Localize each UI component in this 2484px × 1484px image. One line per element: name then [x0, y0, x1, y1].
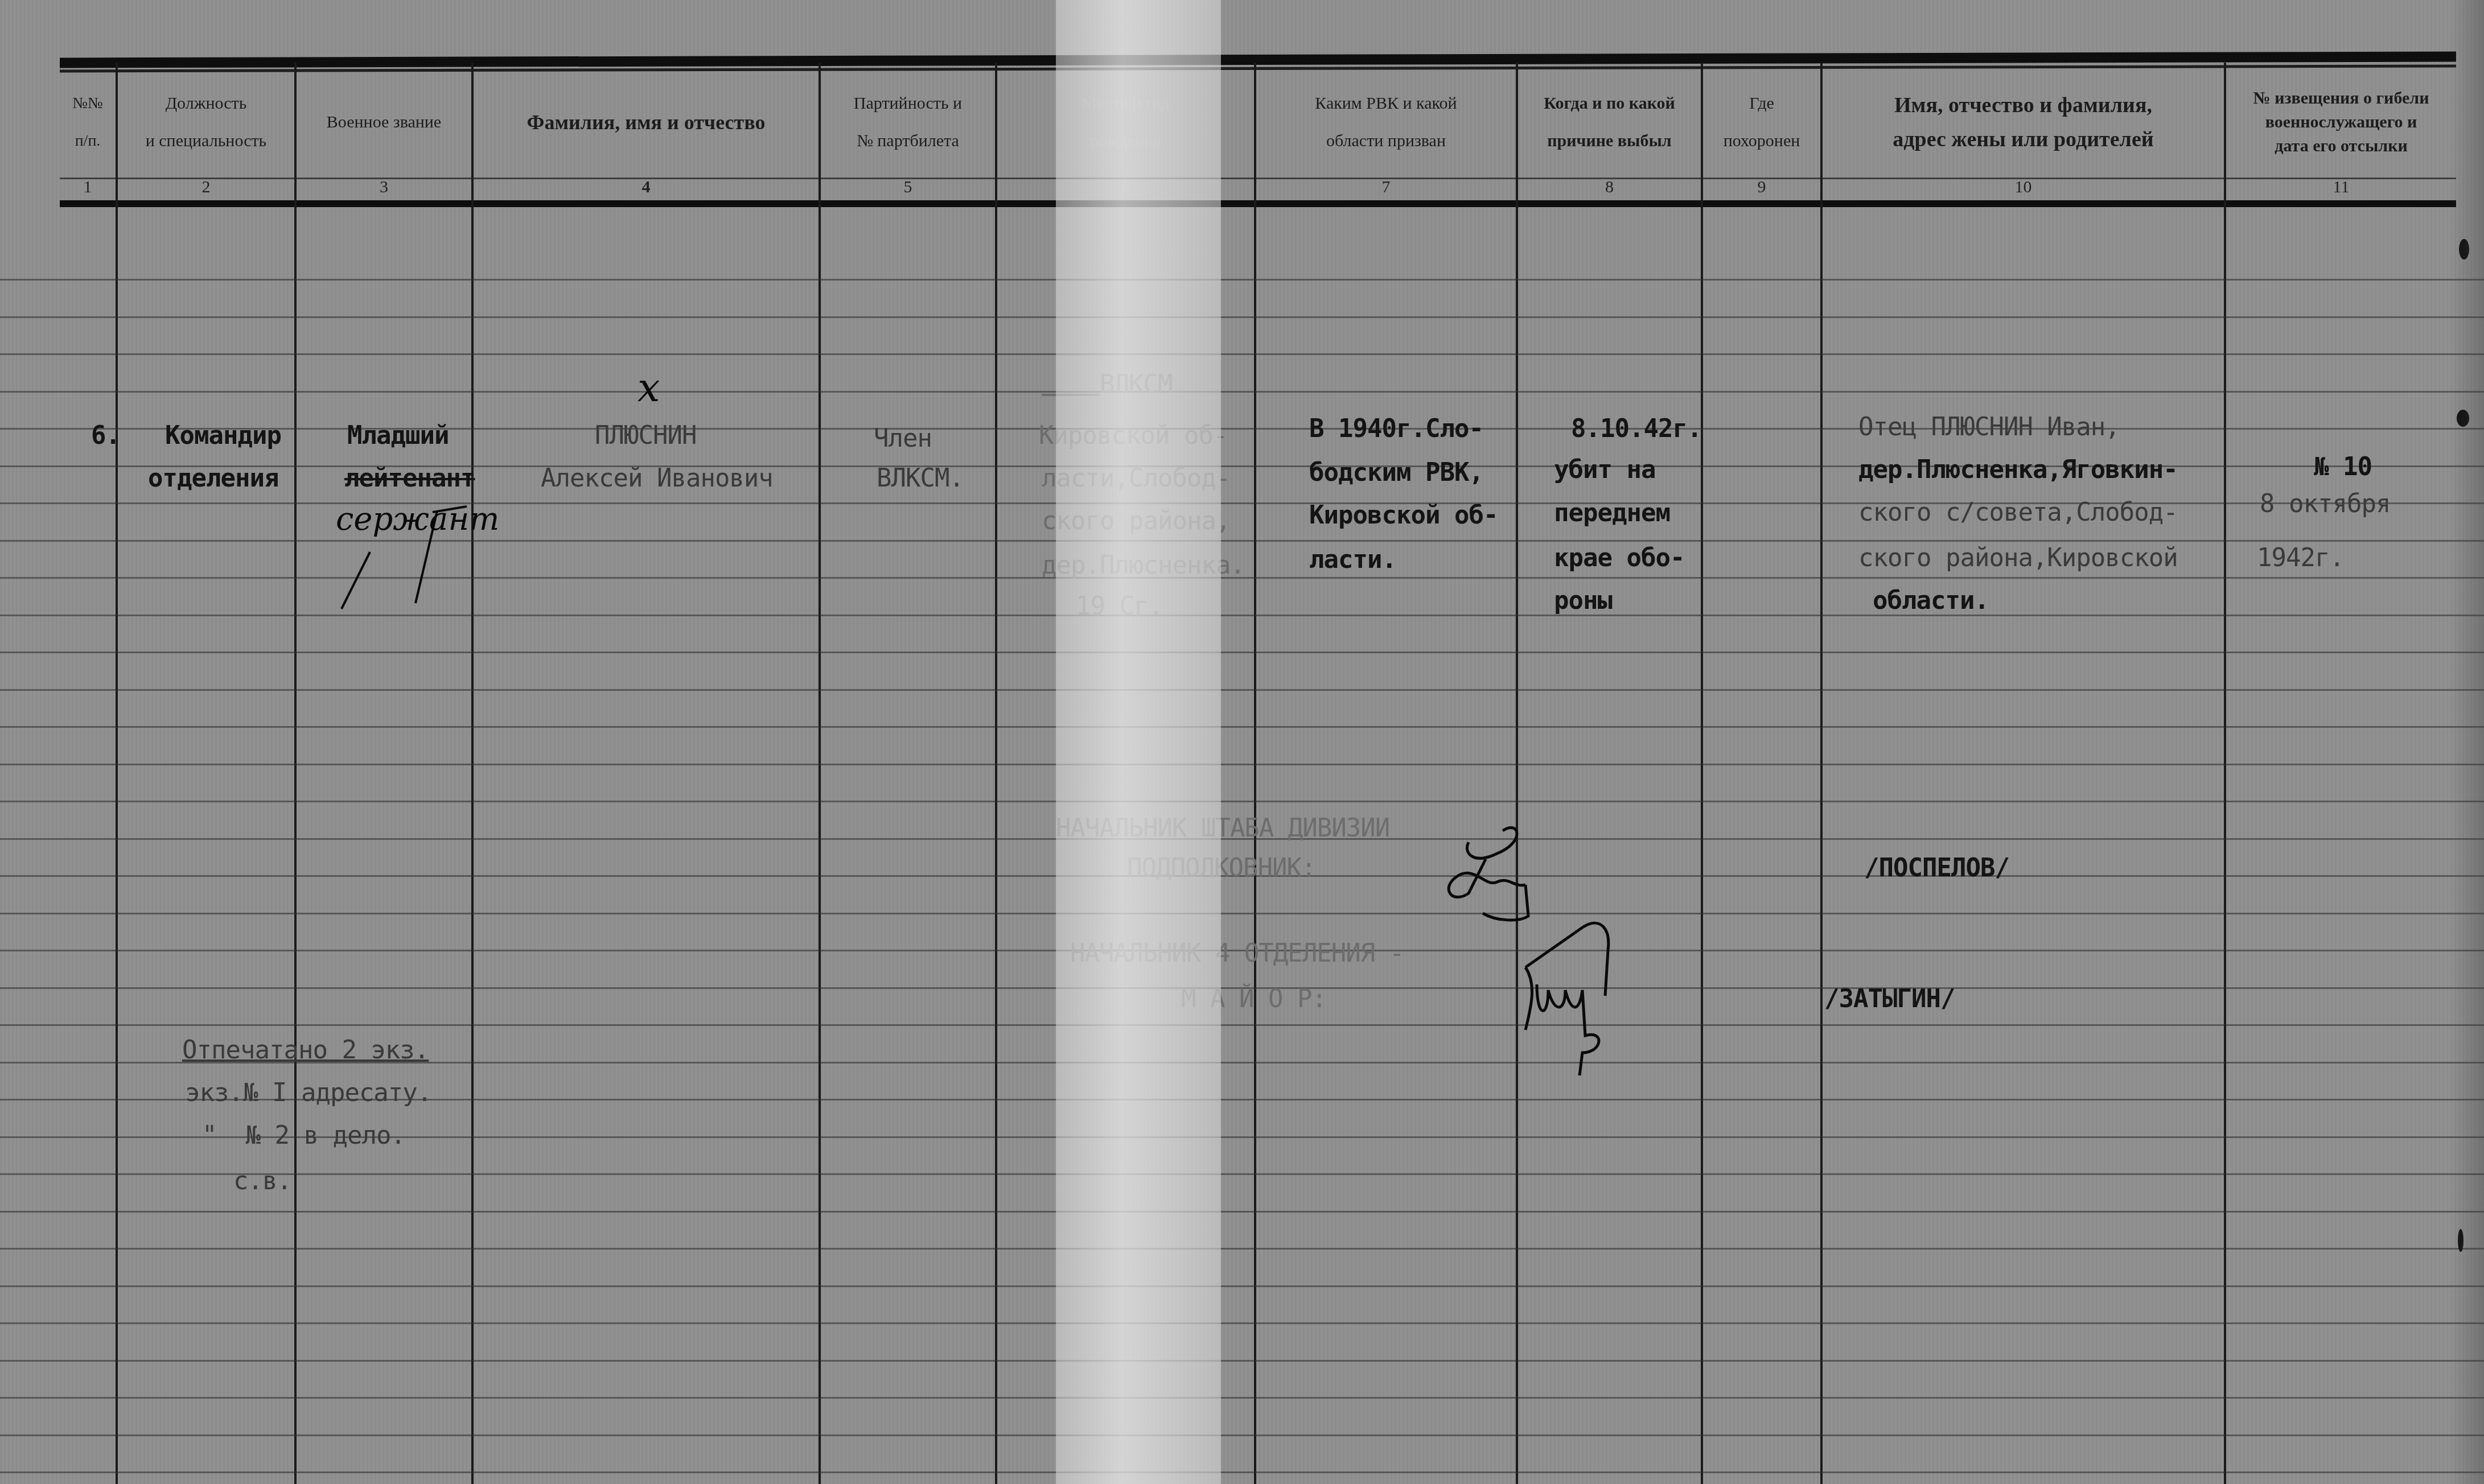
header-col-4: Фамилия, имя и отчество	[474, 68, 819, 176]
column-rule-9	[1820, 63, 1823, 1484]
column-rule-1	[116, 63, 118, 1484]
record-surname: ПЛЮСНИН	[595, 421, 696, 450]
scan-fade-stripe	[1056, 0, 1221, 1484]
ruled-line	[0, 279, 2484, 281]
record-when-why-line3: переднем	[1554, 498, 1670, 527]
ruled-line	[0, 1360, 2484, 1362]
header-col-9: Гдепохоронен	[1703, 68, 1820, 176]
record-relatives-line2: дер.Плюсненка,Яговкин-	[1858, 455, 2178, 484]
rank-correction-stroke	[336, 501, 472, 615]
ruled-line	[0, 1434, 2484, 1436]
ruled-line	[0, 726, 2484, 728]
record-position-line2: отделения	[148, 464, 278, 493]
record-birthplace-line2: ласти,Слобод-	[1042, 464, 1230, 493]
record-birthplace-line4: дер.Плюсненка.	[1042, 551, 1245, 580]
column-number-7: 7	[1256, 178, 1516, 200]
column-rule-7	[1516, 63, 1518, 1484]
department-head-rank: М А Й О Р:	[1181, 984, 1326, 1013]
ruled-line	[0, 1211, 2484, 1213]
column-number-10: 10	[1823, 178, 2224, 200]
chief-of-staff-title: НАЧАЛЬНИК ШТАБА ДИВИЗИИ	[1056, 814, 1389, 843]
record-relatives-line1: Отец ПЛЮСНИН Иван,	[1858, 413, 2120, 442]
record-name-mark: х	[638, 364, 660, 411]
record-when-why-line2: убит на	[1554, 455, 1655, 484]
print-note-line4: с.в.	[233, 1166, 291, 1196]
header-col-3: Военное звание	[297, 68, 471, 176]
column-rule-2	[294, 63, 297, 1484]
column-rule-10	[2224, 63, 2226, 1484]
ruled-line	[0, 913, 2484, 914]
column-number-6: 6	[997, 178, 1254, 200]
record-drafted-line2: бодским РВК,	[1309, 458, 1483, 487]
record-rank-struck: лейтенант	[344, 464, 475, 493]
record-birthplace-line1: Кировской об-	[1039, 421, 1227, 450]
ruled-line	[0, 1285, 2484, 1287]
department-head-name: /ЗАТЫГИН/	[1824, 984, 1955, 1013]
header-col-11: № извещения о гибеливоеннослужащего идат…	[2226, 68, 2456, 176]
header-col-8: Когда и по какойпричине выбыл	[1518, 68, 1701, 176]
chief-of-staff-rank: ПОДПОЛКОВНИК:	[1127, 854, 1315, 883]
record-notice-year: 1942г.	[2257, 543, 2344, 572]
record-notice-date: 8 октября	[2260, 489, 2390, 518]
record-relatives-line5: области.	[1873, 586, 1989, 615]
ruled-line	[0, 689, 2484, 691]
ruled-line	[0, 1024, 2484, 1026]
archival-document-page: №№п/п. Должностьи специальность Военное …	[0, 0, 2484, 1484]
record-birthplace-line5: 19 Сг.	[1076, 592, 1163, 621]
record-position-line1: Командир	[165, 421, 281, 450]
column-rule-8	[1701, 63, 1703, 1484]
department-head-title: НАЧАЛЬНИК 4 ОТДЕЛЕНИЯ -	[1070, 939, 1404, 968]
print-note-line2: экз.№ I адресату.	[185, 1078, 431, 1107]
ruled-line	[0, 1248, 2484, 1250]
ruled-line	[0, 1322, 2484, 1324]
ruled-line	[0, 1173, 2484, 1175]
record-drafted-line4: ласти.	[1309, 545, 1396, 574]
header-col-7: Каким РВК и какойобласти призван	[1256, 68, 1516, 176]
column-number-1: 1	[60, 178, 116, 200]
column-rule-5	[995, 63, 997, 1484]
header-col-10: Имя, отчество и фамилия,адрес жены или р…	[1823, 68, 2224, 176]
department-head-signature	[1514, 916, 1708, 1081]
record-party-line1: Член	[874, 424, 932, 453]
header-col-1: №№п/п.	[60, 68, 116, 176]
record-birthplace-top: ВЛКСМ	[1042, 370, 1172, 399]
record-number: 6.	[91, 421, 120, 450]
ruled-line	[0, 1471, 2484, 1473]
ruled-line	[0, 615, 2484, 616]
record-when-why-line5: роны	[1554, 586, 1612, 615]
header-col-6: Место и годрождения	[997, 68, 1254, 176]
record-party-line2: ВЛКСМ.	[877, 464, 964, 493]
record-relatives-line4: ского района,Кировской	[1858, 543, 2178, 572]
chief-of-staff-name: /ПОСПЕЛОВ/	[1864, 854, 2009, 883]
record-rank-typed: Младший	[347, 421, 449, 450]
column-rule-3	[471, 63, 474, 1484]
ruled-line	[0, 652, 2484, 653]
column-number-11: 11	[2226, 178, 2456, 200]
print-note-line3: " № 2 в дело.	[202, 1121, 405, 1150]
column-rule-4	[819, 63, 821, 1484]
ruled-line	[0, 391, 2484, 393]
header-bottom-rule	[60, 200, 2456, 207]
ruled-line	[0, 316, 2484, 318]
ruled-line	[0, 353, 2484, 355]
record-notice-number: № 10	[2314, 452, 2372, 481]
header-col-5: Партийность и№ партбилета	[821, 68, 995, 176]
column-number-2: 2	[118, 178, 294, 200]
record-drafted-line1: В 1940г.Сло-	[1309, 414, 1483, 443]
record-relatives-line3: ского с/совета,Слобод-	[1858, 498, 2178, 527]
column-rule-6	[1254, 63, 1256, 1484]
column-number-3: 3	[297, 178, 471, 200]
record-drafted-line3: Кировской об-	[1309, 501, 1498, 530]
column-number-5: 5	[821, 178, 995, 200]
ruled-line	[0, 764, 2484, 765]
ruled-line	[0, 801, 2484, 802]
record-birthplace-line3: ского района,	[1042, 506, 1230, 535]
page-edge-shadow	[2450, 0, 2484, 1484]
ruled-line	[0, 1397, 2484, 1399]
column-number-9: 9	[1703, 178, 1820, 200]
record-when-why-line1: 8.10.42г.	[1571, 414, 1701, 443]
header-col-2: Должностьи специальность	[118, 68, 294, 176]
column-number-8: 8	[1518, 178, 1701, 200]
record-when-why-line4: крае обо-	[1554, 543, 1684, 572]
chief-of-staff-signature	[1383, 808, 1531, 928]
record-given-names: Алексей Иванович	[541, 464, 773, 493]
column-number-4: 4	[474, 178, 819, 200]
print-note-line1: Отпечатано 2 экз.	[182, 1036, 429, 1065]
